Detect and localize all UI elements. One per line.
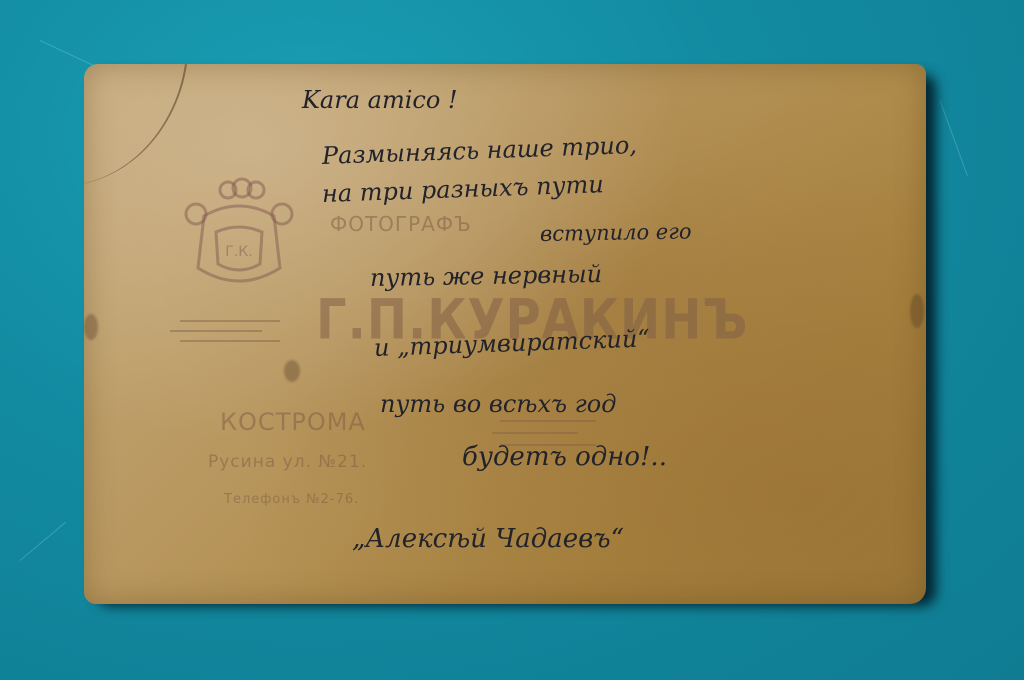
card-crack xyxy=(84,64,187,202)
imprint-rule xyxy=(170,330,262,332)
stain xyxy=(910,294,924,328)
stain xyxy=(84,314,98,340)
imprint-rule xyxy=(180,340,280,342)
imprint-rule xyxy=(180,320,280,322)
imprint-rule xyxy=(500,420,596,422)
handwritten-line: Kara amico ! xyxy=(302,86,458,114)
handwritten-line: на три разныхъ пути xyxy=(322,170,605,208)
photo-scene: Г.К. ФОТОГРАФЪ Г.П.КУРАКИНЪ КОСТРОМА Рус… xyxy=(0,0,1024,680)
handwritten-line: будетъ одно!.. xyxy=(462,442,667,472)
handwritten-signature: „Алексѣй Чадаевъ“ xyxy=(352,524,624,554)
imprint-address: Русина ул. №21. xyxy=(208,452,367,472)
coat-of-arms-icon: Г.К. xyxy=(176,176,302,296)
imprint-rule xyxy=(492,432,578,434)
crest-monogram: Г.К. xyxy=(225,244,252,260)
handwritten-line: путь же нервный xyxy=(370,260,603,292)
handwritten-line: Размыняясь наше трио, xyxy=(322,131,638,170)
imprint-title: ФОТОГРАФЪ xyxy=(330,212,472,236)
surface-scratch xyxy=(20,522,67,561)
cabinet-card: Г.К. ФОТОГРАФЪ Г.П.КУРАКИНЪ КОСТРОМА Рус… xyxy=(84,64,926,604)
handwritten-line: путь во всѣхъ год xyxy=(380,390,616,418)
surface-scratch xyxy=(940,100,968,176)
handwritten-line: вступило его xyxy=(540,219,692,246)
imprint-city: КОСТРОМА xyxy=(220,408,366,436)
imprint-telephone: Телефонъ №2-76. xyxy=(224,492,359,507)
stain xyxy=(284,360,300,382)
